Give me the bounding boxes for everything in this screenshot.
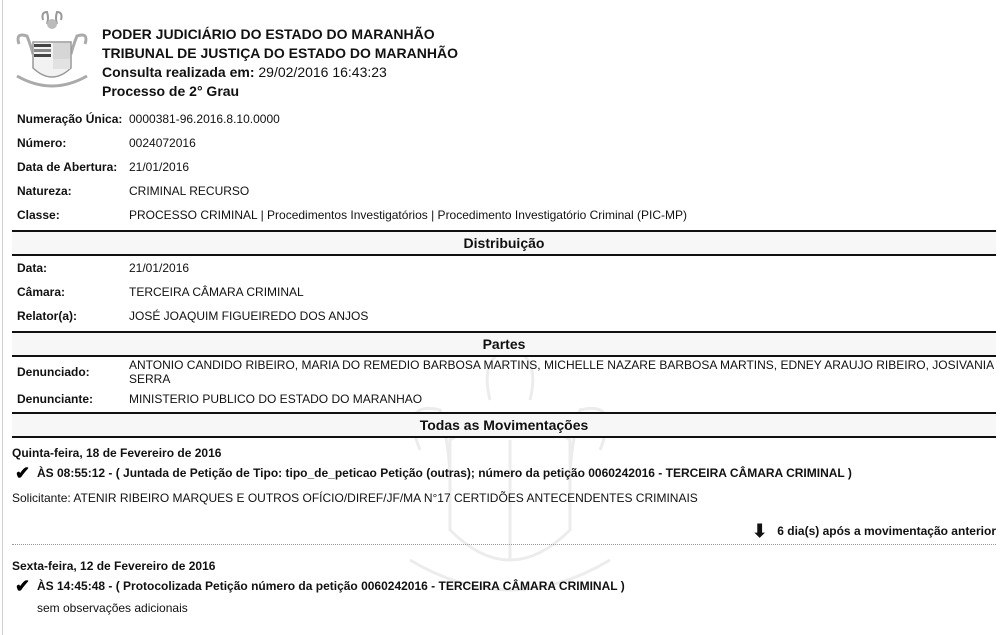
field-data-abertura: Data de Abertura:21/01/2016 <box>12 155 996 179</box>
movement-item: Sexta-feira, 12 de Fevereiro de 2016 ✔ À… <box>12 559 996 615</box>
movement-date: Sexta-feira, 12 de Fevereiro de 2016 <box>12 559 996 575</box>
consulta-label: Consulta realizada em: <box>102 64 255 80</box>
movement-date: Quinta-feira, 18 de Fevereiro de 2016 <box>12 446 996 462</box>
field-distribuicao-data: Data:21/01/2016 <box>12 256 996 280</box>
field-camara: Câmara:TERCEIRA CÂMARA CRIMINAL <box>12 280 996 304</box>
page-header: PODER JUDICIÁRIO DO ESTADO DO MARANHÃO T… <box>13 10 613 102</box>
check-icon: ✔ <box>12 577 37 595</box>
movement-entry: ✔ ÀS 14:45:48 - ( Protocolizada Petição … <box>12 575 996 597</box>
section-movimentacoes-title: Todas as Movimentações <box>12 412 996 438</box>
movement-entry: ✔ ÀS 08:55:12 - ( Juntada de Petição de … <box>12 462 996 484</box>
section-partes-title: Partes <box>12 331 996 357</box>
field-numero: Número:0024072016 <box>12 131 996 155</box>
grau-title: Processo de 2° Grau <box>102 82 458 101</box>
arrow-down-icon: ⬇︎ <box>752 521 767 542</box>
page-left-border <box>2 0 3 635</box>
process-info: Numeração Única:0000381-96.2016.8.10.000… <box>12 107 996 438</box>
header-line-1: PODER JUDICIÁRIO DO ESTADO DO MARANHÃO <box>102 25 458 44</box>
field-relator: Relator(a):JOSÉ JOAQUIM FIGUEIREDO DOS A… <box>12 304 996 328</box>
movement-entry-text: ÀS 08:55:12 - ( Juntada de Petição de Ti… <box>37 466 852 480</box>
section-distribuicao-title: Distribuição <box>12 230 996 256</box>
field-natureza: Natureza:CRIMINAL RECURSO <box>12 179 996 203</box>
field-numeracao-unica: Numeração Única:0000381-96.2016.8.10.000… <box>12 107 996 131</box>
field-denunciado: Denunciado:ANTONIO CANDIDO RIBEIRO, MARI… <box>12 357 996 387</box>
check-icon: ✔ <box>12 464 37 482</box>
consulta-timestamp: Consulta realizada em: 29/02/2016 16:43:… <box>102 63 458 82</box>
movement-item: Quinta-feira, 18 de Fevereiro de 2016 ✔ … <box>12 446 996 545</box>
movement-list: Quinta-feira, 18 de Fevereiro de 2016 ✔ … <box>12 446 996 615</box>
movement-separator <box>12 544 996 545</box>
movement-entry-text: ÀS 14:45:48 - ( Protocolizada Petição nú… <box>37 579 625 593</box>
field-denunciante: Denunciante:MINISTERIO PUBLICO DO ESTADO… <box>12 387 996 411</box>
movement-delta: ⬇︎ 6 dia(s) após a movimentação anterior <box>12 520 996 542</box>
movement-delta-text: 6 dia(s) após a movimentação anterior <box>777 524 996 538</box>
header-line-2: TRIBUNAL DE JUSTIÇA DO ESTADO DO MARANHÃ… <box>102 44 458 63</box>
consulta-value: 29/02/2016 16:43:23 <box>258 64 386 80</box>
movement-description: Solicitante: ATENIR RIBEIRO MARQUES E OU… <box>12 491 996 505</box>
coat-of-arms-icon <box>13 10 91 92</box>
movement-description: sem observações adicionais <box>12 601 996 615</box>
field-classe: Classe:PROCESSO CRIMINAL | Procedimentos… <box>12 203 996 227</box>
